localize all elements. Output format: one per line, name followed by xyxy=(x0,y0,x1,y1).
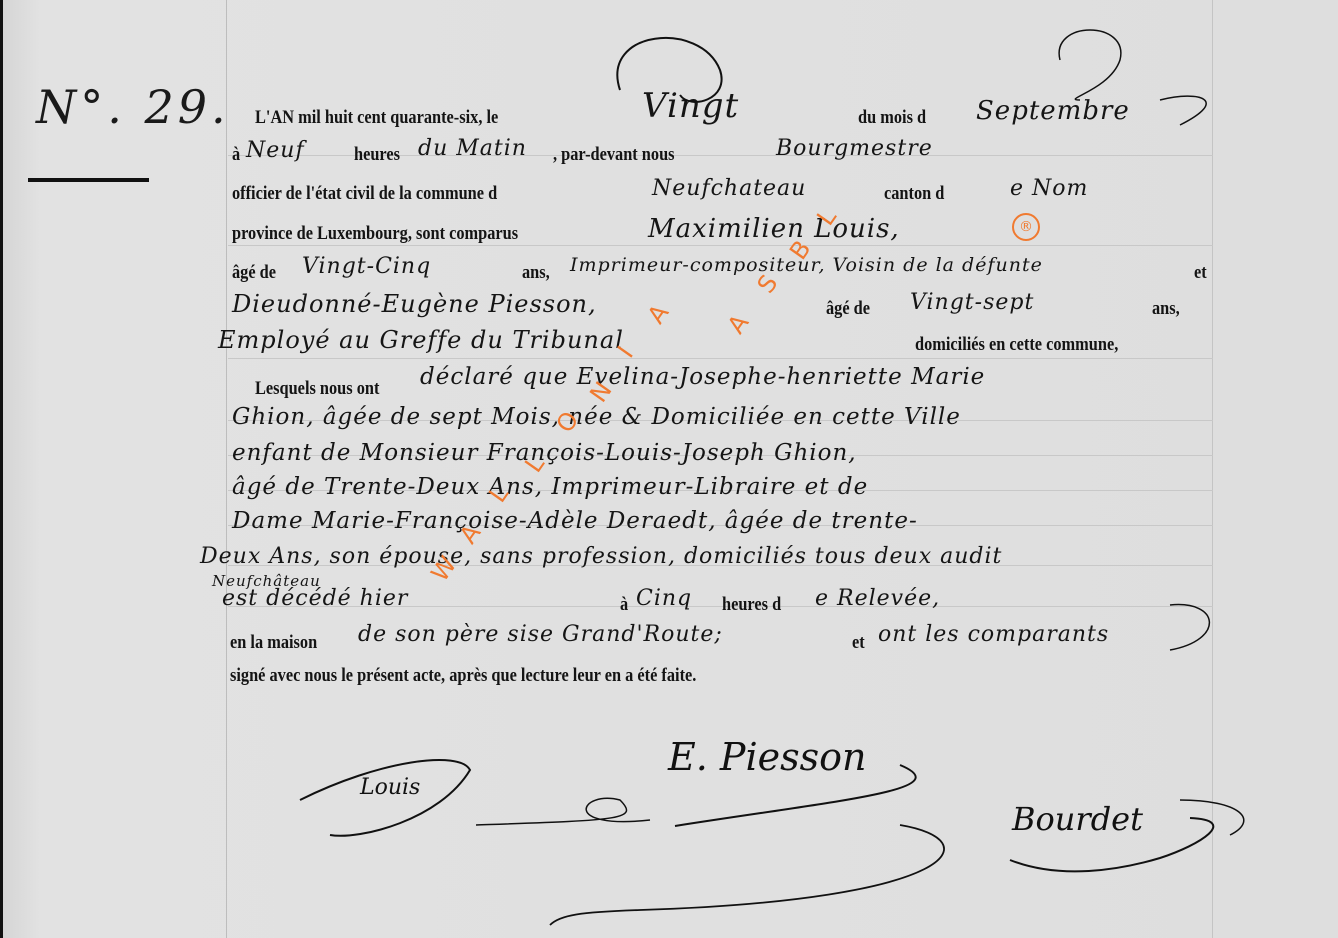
handwritten-canton: e Nom xyxy=(1010,176,1088,201)
handwritten-occupation: Employé au Greffe du Tribunal xyxy=(218,326,624,354)
document-page: N°. 29. L'AN mil huit cent quarante-six,… xyxy=(0,0,1338,938)
signature-louis: Louis xyxy=(360,775,420,800)
entry-number: N°. 29. xyxy=(36,80,230,134)
printed-text: ans, xyxy=(522,262,550,284)
printed-text: province de Luxembourg, sont comparus xyxy=(232,223,518,245)
margin-rule xyxy=(226,0,227,938)
handwritten-text: ont les comparants xyxy=(878,622,1109,647)
printed-text: âgé de xyxy=(826,298,870,320)
handwritten-day: Vingt xyxy=(642,86,739,126)
handwritten-line: Dame Marie-Françoise-Adèle Deraedt, âgée… xyxy=(232,508,918,534)
printed-text: en la maison xyxy=(230,632,317,654)
printed-text: âgé de xyxy=(232,262,276,284)
handwritten-time-of-day: du Matin xyxy=(418,136,527,161)
handwritten-hour: Cinq xyxy=(636,586,692,611)
handwritten-line: Deux Ans, son épouse, sans profession, d… xyxy=(200,544,1002,569)
printed-text: Lesquels nous ont xyxy=(255,378,379,400)
printed-text: et xyxy=(1194,262,1207,284)
printed-text: canton d xyxy=(884,183,944,205)
printed-text: domiciliés en cette commune, xyxy=(915,334,1118,356)
handwritten-death: est décédé hier xyxy=(222,586,408,611)
handwritten-place: de son père sise Grand'Route; xyxy=(358,622,723,647)
printed-text: ans, xyxy=(1152,298,1180,320)
printed-text: et xyxy=(852,632,865,654)
watermark-letter: A xyxy=(722,309,754,339)
handwritten-time-of-day: e Relevée, xyxy=(815,586,940,611)
right-margin-rule xyxy=(1212,0,1213,938)
signature-piesson: E. Piesson xyxy=(668,735,866,779)
handwritten-line: âgé de Trente-Deux Ans, Imprimeur-Librai… xyxy=(232,474,868,500)
handwritten-commune: Neufchateau xyxy=(652,176,806,201)
handwritten-official-title: Bourgmestre xyxy=(776,136,933,161)
watermark-letter: A xyxy=(642,299,674,329)
handwritten-declaration: déclaré que Evelina-Josephe-henriette Ma… xyxy=(420,364,985,390)
handwritten-hour: Neuf xyxy=(246,138,305,163)
watermark-registered-mark: ® xyxy=(1012,213,1040,241)
printed-text: heures d xyxy=(722,594,781,616)
printed-text: signé avec nous le présent acte, après q… xyxy=(230,665,696,687)
handwritten-witness-2: Dieudonné-Eugène Piesson, xyxy=(232,290,597,318)
ruled-line xyxy=(228,245,1213,246)
entry-number-underline xyxy=(28,178,149,182)
printed-text: du mois d xyxy=(858,107,926,129)
signature-bourdet: Bourdet xyxy=(1012,800,1143,838)
signature-flourishes xyxy=(0,0,1338,938)
printed-text: officier de l'état civil de la commune d xyxy=(232,183,497,205)
printed-text: , par-devant nous xyxy=(553,144,675,166)
printed-text: à xyxy=(620,594,628,616)
handwritten-witness-1: Maximilien Louis, xyxy=(648,214,900,244)
handwritten-age: Vingt-Cinq xyxy=(302,254,431,279)
handwritten-month: Septembre xyxy=(976,96,1130,126)
handwritten-line: Ghion, âgée de sept Mois, née & Domicili… xyxy=(232,404,961,430)
printed-text: L'AN mil huit cent quarante-six, le xyxy=(255,107,498,129)
printed-text: à xyxy=(232,144,240,166)
ruled-line xyxy=(228,358,1213,359)
handwritten-age: Vingt-sept xyxy=(910,290,1034,315)
scan-edge xyxy=(0,0,3,938)
printed-text: heures xyxy=(354,144,400,166)
